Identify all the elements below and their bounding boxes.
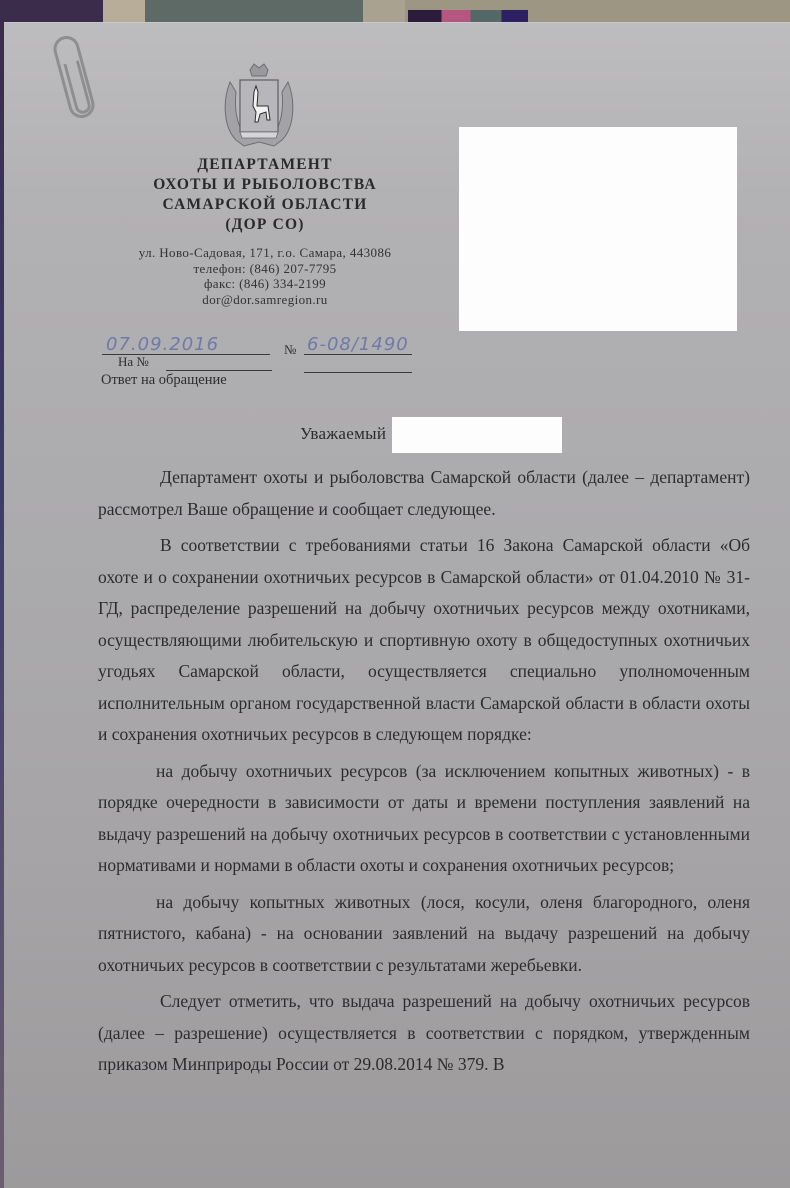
in-reply-number-underline — [304, 372, 412, 373]
reference-block: 07.09.2016 № 6-08/1490 На № — [98, 330, 418, 400]
handwritten-number: 6-08/1490 — [307, 334, 409, 355]
paragraph-list-item: на добычу охотничьих ресурсов (за исключ… — [98, 756, 750, 882]
email: dor@dor.samregion.ru — [100, 292, 430, 308]
paragraph: Следует отметить, что выдача разрешений … — [98, 986, 750, 1081]
paragraph-list-item: на добычу копытных животных (лося, косул… — [98, 887, 750, 982]
org-name-line: САМАРСКОЙ ОБЛАСТИ — [100, 195, 430, 215]
org-abbreviation: (ДОР СО) — [100, 215, 430, 235]
subject-line: Ответ на обращение — [101, 372, 227, 389]
paragraph: Департамент охоты и рыболовства Самарско… — [98, 462, 750, 525]
letterhead: ДЕПАРТАМЕНТ ОХОТЫ И РЫБОЛОВСТВА САМАРСКО… — [100, 155, 430, 307]
in-reply-underline — [166, 370, 272, 371]
samara-region-coat-of-arms-icon — [220, 62, 298, 150]
paragraph: В соответствии с требованиями статьи 16 … — [98, 530, 750, 751]
redaction-box-recipient-name — [392, 417, 562, 453]
paperclip-icon — [51, 33, 98, 121]
org-name-line: ДЕПАРТАМЕНТ — [100, 155, 430, 175]
number-label: № — [284, 342, 296, 358]
org-name-line: ОХОТЫ И РЫБОЛОВСТВА — [100, 175, 430, 195]
redaction-box-recipient-address — [459, 127, 737, 331]
salutation: Уважаемый — [300, 424, 386, 444]
fax: факс: (846) 334-2199 — [100, 276, 430, 292]
contacts: ул. Ново-Садовая, 171, г.о. Самара, 4430… — [100, 245, 430, 307]
phone: телефон: (846) 207-7795 — [100, 261, 430, 277]
address: ул. Ново-Садовая, 171, г.о. Самара, 4430… — [100, 245, 430, 261]
in-reply-label: На № — [118, 354, 149, 370]
letter-body: Департамент охоты и рыболовства Самарско… — [98, 462, 750, 1086]
handwritten-date: 07.09.2016 — [106, 334, 219, 355]
number-underline — [304, 354, 412, 355]
